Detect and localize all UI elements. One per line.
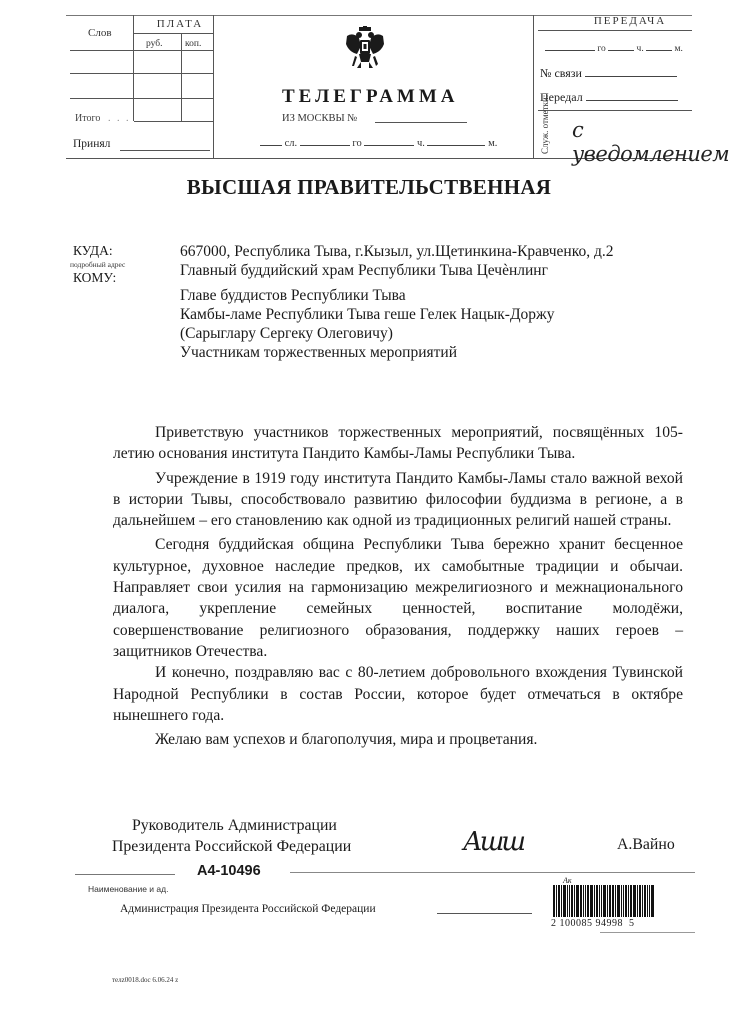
words-label: Слов [88, 27, 112, 39]
body-paragraph: Приветствую участников торжественных мер… [113, 422, 683, 465]
time-field-label: м. [674, 44, 682, 54]
received-time-row: сл. го ч. м. [260, 138, 497, 149]
signatory-name: А.Вайно [617, 836, 675, 854]
total-dots: . . . [108, 113, 131, 124]
recipient-line: Главе буддистов Республики Тыва [180, 286, 406, 305]
barcode-icon [553, 885, 669, 917]
sender-name: Администрация Президента Российской Феде… [120, 903, 376, 915]
recipient-line: Камбы-ламе Республики Тыва геше Гелек На… [180, 305, 554, 324]
barcode-underline [600, 932, 695, 933]
transmission-time-row: го ч. м. [545, 44, 683, 54]
accepted-label: Принял [73, 138, 110, 150]
double-headed-eagle-icon [343, 26, 387, 70]
total-label: Итого [75, 113, 100, 124]
body-paragraph: И конечно, поздравляю вас с 80-летием до… [113, 662, 683, 726]
payment-row-line [134, 33, 213, 34]
service-marks-handwritten: с уведомлением [572, 118, 738, 166]
payment-row-line [70, 73, 213, 74]
address-line: 667000, Республика Тыва, г.Кызыл, ул.Щет… [180, 242, 614, 261]
time-field-label: ч. [417, 138, 425, 149]
to-label: КОМУ: [73, 270, 116, 286]
document-number: А4-10496 [197, 863, 261, 879]
time-field-label: м. [488, 138, 497, 149]
transmission-title-line [538, 30, 692, 31]
signatory-title-line1: Руководитель Администрации [132, 817, 337, 835]
footer-line-right [290, 872, 695, 873]
from-moscow-label: ИЗ МОСКВЫ № [282, 113, 357, 124]
form-divider-left [213, 15, 214, 158]
link-number-row: № связи [540, 66, 677, 81]
rub-label: руб. [146, 39, 162, 49]
time-field-label: сл. [285, 138, 298, 149]
address-line: Главный буддийский храм Республики Тыва … [180, 261, 548, 280]
payment-col-line [181, 33, 182, 121]
telegram-title: ТЕЛЕГРАММА [282, 86, 459, 108]
accepted-field-line [120, 150, 210, 151]
signatory-title-line2: Президента Российской Федерации [112, 838, 351, 856]
service-marks-label: Служ. отметки: [540, 95, 550, 154]
time-field-label: го [597, 44, 605, 54]
file-reference: телz0018.doc 6.06.24 z [112, 976, 178, 984]
form-divider-right [533, 15, 534, 158]
detail-address-hint: подробный адрес [70, 260, 125, 269]
link-number-label: № связи [540, 66, 582, 80]
recipient-line: (Сарыглару Сергеку Олеговичу) [180, 324, 393, 343]
payment-row-line [134, 121, 213, 122]
service-marks-label-box: Служ. отметки: [538, 110, 568, 158]
payment-title: ПЛАТА [140, 18, 220, 30]
transmission-title: ПЕРЕДАЧА [540, 15, 720, 27]
footer-line-left [75, 874, 175, 875]
time-field-label: ч. [637, 44, 644, 54]
kop-label: коп. [185, 39, 201, 49]
handwritten-signature: Ашш [463, 827, 523, 857]
sender-field-line [437, 913, 532, 914]
telegram-class-heading: ВЫСШАЯ ПРАВИТЕЛЬСТВЕННАЯ [0, 175, 738, 200]
body-paragraph: Учреждение в 1919 году института Пандито… [113, 468, 683, 532]
barcode-stamp-mark: Ак [563, 876, 572, 885]
body-paragraph: Сегодня буддийская община Республики Тыв… [113, 534, 683, 662]
from-number-field-line [375, 122, 467, 123]
barcode-number: 2 100085 94998 5 [551, 918, 635, 929]
body-paragraph: Желаю вам успехов и благополучия, мира и… [113, 729, 683, 750]
payment-row-line [70, 98, 213, 99]
payment-col-line [133, 15, 134, 121]
telegram-body: Приветствую участников торжественных мер… [113, 422, 683, 750]
sent-by-row: Передал [540, 90, 678, 105]
sender-field-label: Наименование и ад. [88, 884, 168, 894]
where-label: КУДА: [73, 243, 113, 259]
payment-row-line [70, 50, 213, 51]
time-field-label: го [352, 138, 361, 149]
recipient-line: Участникам торжественных мероприятий [180, 343, 457, 362]
